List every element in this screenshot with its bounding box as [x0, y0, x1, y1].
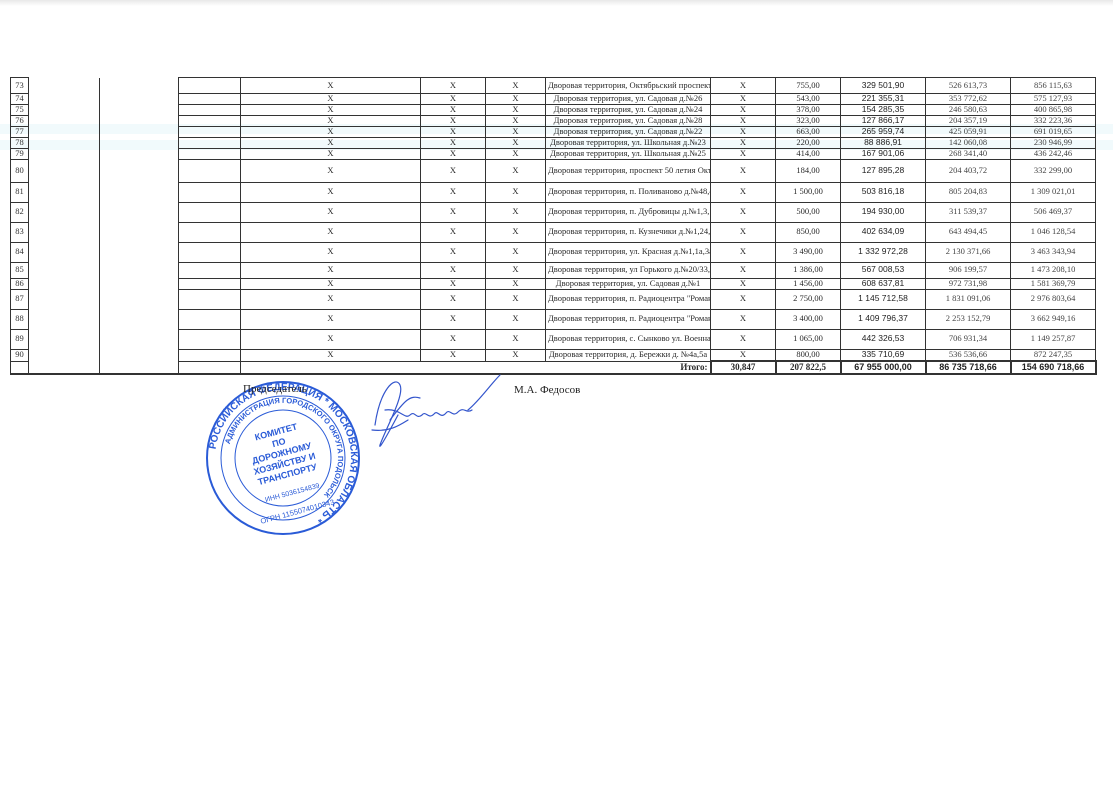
empty-cell [100, 137, 179, 148]
area-value: 850,00 [776, 222, 841, 242]
empty-cell [179, 159, 241, 182]
page-top-edge [0, 0, 1113, 6]
table-row: 86XXXДворовая территория, ул. Садовая д.… [11, 278, 1096, 289]
row-number: 77 [11, 126, 29, 137]
row-number: 86 [11, 278, 29, 289]
total-area: 207 822,5 [776, 361, 841, 374]
chairman-name: М.А. Федосов [514, 384, 580, 396]
territory-description: Дворовая территория, п. Радиоцентра "Ром… [546, 309, 711, 329]
cost-total: 332 299,00 [1011, 159, 1096, 182]
x-mark: X [711, 104, 776, 115]
stamp-center-line: ХОЗЯЙСТВУ И [252, 450, 316, 477]
x-mark: X [711, 126, 776, 137]
empty-cell [100, 242, 179, 262]
table-row: 81XXXДворовая территория, п. Поливаново … [11, 182, 1096, 202]
stamp-center-line: ПО [271, 436, 287, 449]
cost-total: 872 247,35 [1011, 349, 1096, 361]
x-mark: X [421, 94, 486, 105]
cost-value-2: 805 204,83 [926, 182, 1011, 202]
table-row: 75XXXДворовая территория, ул. Садовая д.… [11, 104, 1096, 115]
empty-cell [179, 349, 241, 361]
table-row: 80XXXДворовая территория, проспект 50 ле… [11, 159, 1096, 182]
territory-description: Дворовая территория, ул. Садовая д.№28 [546, 115, 711, 126]
cost-value-2: 643 494,45 [926, 222, 1011, 242]
x-mark: X [241, 309, 421, 329]
empty-cell [29, 289, 100, 309]
cost-total: 1 149 257,87 [1011, 329, 1096, 349]
x-mark: X [711, 278, 776, 289]
row-number: 88 [11, 309, 29, 329]
area-value: 3 490,00 [776, 242, 841, 262]
empty-cell [29, 94, 100, 105]
stamp-inn: ИНН 5036154839 [264, 483, 320, 504]
x-mark: X [486, 126, 546, 137]
cost-value-1: 402 634,09 [841, 222, 926, 242]
empty-cell [100, 126, 179, 137]
cost-total: 1 046 128,54 [1011, 222, 1096, 242]
x-mark: X [486, 202, 546, 222]
x-mark: X [241, 289, 421, 309]
cost-value-2: 142 060,08 [926, 137, 1011, 148]
row-number: 83 [11, 222, 29, 242]
empty-cell [100, 289, 179, 309]
row-number: 74 [11, 94, 29, 105]
x-mark: X [486, 159, 546, 182]
empty-cell [29, 278, 100, 289]
empty-cell [100, 148, 179, 159]
empty-cell [29, 137, 100, 148]
row-number: 76 [11, 115, 29, 126]
empty-cell [100, 104, 179, 115]
empty-cell [100, 115, 179, 126]
stamp-outer-text: РОССИЙСКАЯ ФЕДЕРАЦИЯ * МОСКОВСКАЯ ОБЛАСТ… [208, 382, 360, 525]
cost-total: 575 127,93 [1011, 94, 1096, 105]
empty-cell [100, 202, 179, 222]
svg-text:РОССИЙСКАЯ ФЕДЕРАЦИЯ * МОСКОВС: РОССИЙСКАЯ ФЕДЕРАЦИЯ * МОСКОВСКАЯ ОБЛАСТ… [208, 382, 360, 525]
table-row: 76XXXДворовая территория, ул. Садовая д.… [11, 115, 1096, 126]
empty-cell [29, 126, 100, 137]
cost-value-1: 608 637,81 [841, 278, 926, 289]
area-value: 414,00 [776, 148, 841, 159]
cost-value-2: 311 539,37 [926, 202, 1011, 222]
x-mark: X [711, 349, 776, 361]
cost-total: 2 976 803,64 [1011, 289, 1096, 309]
area-value: 755,00 [776, 78, 841, 94]
empty-cell [100, 159, 179, 182]
x-mark: X [421, 104, 486, 115]
cost-total: 856 115,63 [1011, 78, 1096, 94]
x-mark: X [486, 289, 546, 309]
row-number: 82 [11, 202, 29, 222]
x-mark: X [241, 159, 421, 182]
empty-cell [29, 182, 100, 202]
total-label: Итого: [241, 361, 711, 374]
cost-value-1: 1 332 972,28 [841, 242, 926, 262]
empty-cell [29, 159, 100, 182]
x-mark: X [421, 115, 486, 126]
territory-description: Дворовая территория, ул. Школьная д.№25 [546, 148, 711, 159]
x-mark: X [421, 182, 486, 202]
x-mark: X [711, 309, 776, 329]
cost-total: 1 581 369,79 [1011, 278, 1096, 289]
cost-value-1: 335 710,69 [841, 349, 926, 361]
territory-description: Дворовая территория, п. Поливаново д.№48… [546, 182, 711, 202]
row-number: 89 [11, 329, 29, 349]
row-number: 79 [11, 148, 29, 159]
cost-total: 436 242,46 [1011, 148, 1096, 159]
cost-value-1: 221 355,31 [841, 94, 926, 105]
x-mark: X [241, 104, 421, 115]
territory-description: Дворовая территория, д. Бережки д. №4а,5… [546, 349, 711, 361]
cost-value-1: 127 866,17 [841, 115, 926, 126]
x-mark: X [711, 222, 776, 242]
x-mark: X [241, 202, 421, 222]
x-mark: X [421, 126, 486, 137]
empty-cell [100, 278, 179, 289]
stamp-center-line: ТРАНСПОРТУ [257, 462, 319, 487]
territory-description: Дворовая территория, Октябрьский проспек… [546, 78, 711, 94]
empty-cell [29, 202, 100, 222]
cost-value-1: 567 008,53 [841, 262, 926, 278]
empty-cell [179, 262, 241, 278]
table-row: 87XXXДворовая территория, п. Радиоцентра… [11, 289, 1096, 309]
budget-table: 73XXXДворовая территория, Октябрьский пр… [10, 77, 1097, 375]
official-stamp: РОССИЙСКАЯ ФЕДЕРАЦИЯ * МОСКОВСКАЯ ОБЛАСТ… [203, 378, 363, 538]
x-mark: X [486, 222, 546, 242]
table-row: 82XXXДворовая территория, п. Дубровицы д… [11, 202, 1096, 222]
x-mark: X [421, 309, 486, 329]
x-mark: X [711, 182, 776, 202]
total-row: Итого:30,847207 822,567 955 000,0086 735… [11, 361, 1096, 374]
row-number: 90 [11, 349, 29, 361]
area-value: 184,00 [776, 159, 841, 182]
x-mark: X [486, 115, 546, 126]
empty-cell [29, 78, 100, 94]
cost-value-1: 1 409 796,37 [841, 309, 926, 329]
row-number: 81 [11, 182, 29, 202]
handwritten-signature [350, 370, 510, 460]
table-row: 73XXXДворовая территория, Октябрьский пр… [11, 78, 1096, 94]
x-mark: X [241, 148, 421, 159]
x-mark: X [711, 94, 776, 105]
cost-value-1: 154 285,35 [841, 104, 926, 115]
cost-value-2: 526 613,73 [926, 78, 1011, 94]
x-mark: X [711, 202, 776, 222]
stamp-inner-text: АДМИНИСТРАЦИЯ ГОРОДСКОГО ОКРУГА ПОДОЛЬСК [223, 396, 345, 500]
territory-description: Дворовая территория, ул. Красная д.№1,1а… [546, 242, 711, 262]
cost-total: 506 469,37 [1011, 202, 1096, 222]
x-mark: X [241, 115, 421, 126]
territory-description: Дворовая территория, ул. Садовая д.№22 [546, 126, 711, 137]
x-mark: X [241, 262, 421, 278]
x-mark: X [421, 148, 486, 159]
x-mark: X [421, 202, 486, 222]
area-value: 323,00 [776, 115, 841, 126]
x-mark: X [421, 278, 486, 289]
empty-cell [179, 222, 241, 242]
empty-cell [29, 115, 100, 126]
x-mark: X [421, 329, 486, 349]
x-mark: X [711, 78, 776, 94]
row-number: 85 [11, 262, 29, 278]
cost-total: 3 662 949,16 [1011, 309, 1096, 329]
x-mark: X [241, 94, 421, 105]
empty-cell [179, 126, 241, 137]
cost-value-2: 536 536,66 [926, 349, 1011, 361]
cost-value-1: 329 501,90 [841, 78, 926, 94]
x-mark: X [486, 104, 546, 115]
row-number: 75 [11, 104, 29, 115]
x-mark: X [486, 148, 546, 159]
cost-value-2: 2 253 152,79 [926, 309, 1011, 329]
x-mark: X [421, 262, 486, 278]
area-value: 663,00 [776, 126, 841, 137]
territory-description: Дворовая территория, п. Дубровицы д.№1,3… [546, 202, 711, 222]
stamp-center-line: КОМИТЕТ [254, 421, 299, 442]
territory-description: Дворовая территория, проспект 50 летия О… [546, 159, 711, 182]
empty-cell [179, 361, 241, 374]
cost-total: 3 463 343,94 [1011, 242, 1096, 262]
x-mark: X [241, 222, 421, 242]
stamp-center-line: ДОРОЖНОМУ [251, 440, 313, 466]
empty-cell [100, 349, 179, 361]
empty-cell [29, 104, 100, 115]
empty-cell [100, 222, 179, 242]
x-mark: X [486, 94, 546, 105]
row-number: 80 [11, 159, 29, 182]
cost-value-1: 127 895,28 [841, 159, 926, 182]
empty-cell [179, 115, 241, 126]
x-mark: X [486, 309, 546, 329]
table-body: 73XXXДворовая территория, Октябрьский пр… [11, 78, 1096, 375]
x-mark: X [241, 242, 421, 262]
empty-cell [100, 262, 179, 278]
table-row: 85XXXДворовая территория, ул Горького д.… [11, 262, 1096, 278]
cost-value-1: 194 930,00 [841, 202, 926, 222]
row-number: 84 [11, 242, 29, 262]
empty-cell [179, 309, 241, 329]
cost-value-2: 204 357,19 [926, 115, 1011, 126]
area-value: 3 400,00 [776, 309, 841, 329]
x-mark: X [711, 242, 776, 262]
empty-cell [179, 329, 241, 349]
empty-cell [179, 148, 241, 159]
area-value: 2 750,00 [776, 289, 841, 309]
area-value: 800,00 [776, 349, 841, 361]
empty-cell [179, 289, 241, 309]
x-mark: X [486, 278, 546, 289]
x-mark: X [241, 329, 421, 349]
x-mark: X [421, 78, 486, 94]
table-row: 77XXXДворовая территория, ул. Садовая д.… [11, 126, 1096, 137]
empty-cell [100, 94, 179, 105]
empty-cell [179, 278, 241, 289]
cost-value-2: 425 059,91 [926, 126, 1011, 137]
area-value: 1 386,00 [776, 262, 841, 278]
x-mark: X [711, 137, 776, 148]
x-mark: X [711, 262, 776, 278]
empty-cell [29, 262, 100, 278]
territory-description: Дворовая территория, ул. Школьная д.№23 [546, 137, 711, 148]
cost-total: 1 309 021,01 [1011, 182, 1096, 202]
cost-value-2: 706 931,34 [926, 329, 1011, 349]
empty-cell [179, 137, 241, 148]
x-mark: X [486, 242, 546, 262]
x-mark: X [421, 289, 486, 309]
territory-description: Дворовая территория, ул Горького д.№20/3… [546, 262, 711, 278]
x-mark: X [421, 242, 486, 262]
cost-value-1: 503 816,18 [841, 182, 926, 202]
territory-description: Дворовая территория, п. Радиоцентра "Ром… [546, 289, 711, 309]
empty-cell [29, 309, 100, 329]
cost-total: 691 019,65 [1011, 126, 1096, 137]
cost-value-2: 1 831 091,06 [926, 289, 1011, 309]
total-cost-2: 86 735 718,66 [926, 361, 1011, 374]
cost-value-2: 972 731,98 [926, 278, 1011, 289]
territory-description: Дворовая территория, с. Сынково ул. Воен… [546, 329, 711, 349]
empty-cell [29, 148, 100, 159]
table-row: 74XXXДворовая территория, ул. Садовая д.… [11, 94, 1096, 105]
cost-value-1: 442 326,53 [841, 329, 926, 349]
x-mark: X [486, 137, 546, 148]
empty-cell [100, 329, 179, 349]
x-mark: X [711, 115, 776, 126]
x-mark: X [421, 349, 486, 361]
row-number: 78 [11, 137, 29, 148]
area-value: 378,00 [776, 104, 841, 115]
territory-description: Дворовая территория, ул. Садовая д.№24 [546, 104, 711, 115]
row-number [11, 361, 29, 374]
x-mark: X [711, 159, 776, 182]
empty-cell [179, 202, 241, 222]
empty-cell [100, 182, 179, 202]
x-mark: X [421, 137, 486, 148]
x-mark: X [241, 137, 421, 148]
row-number: 87 [11, 289, 29, 309]
territory-description: Дворовая территория, ул. Садовая д.№26 [546, 94, 711, 105]
total-cost-1: 67 955 000,00 [841, 361, 926, 374]
x-mark: X [486, 262, 546, 278]
x-mark: X [241, 78, 421, 94]
x-mark: X [711, 329, 776, 349]
x-mark: X [486, 78, 546, 94]
x-mark: X [241, 349, 421, 361]
area-value: 1 065,00 [776, 329, 841, 349]
table-row: 84XXXДворовая территория, ул. Красная д.… [11, 242, 1096, 262]
table-row: 79XXXДворовая территория, ул. Школьная д… [11, 148, 1096, 159]
cost-total: 400 865,98 [1011, 104, 1096, 115]
table-row: 89XXXДворовая территория, с. Сынково ул.… [11, 329, 1096, 349]
empty-cell [100, 78, 179, 94]
area-value: 1 456,00 [776, 278, 841, 289]
x-mark: X [241, 126, 421, 137]
total-cost-all: 154 690 718,66 [1011, 361, 1096, 374]
empty-cell [179, 182, 241, 202]
empty-cell [29, 329, 100, 349]
empty-cell [29, 361, 100, 374]
cost-value-2: 906 199,57 [926, 262, 1011, 278]
empty-cell [29, 242, 100, 262]
area-value: 500,00 [776, 202, 841, 222]
cost-value-1: 265 959,74 [841, 126, 926, 137]
cost-value-2: 353 772,62 [926, 94, 1011, 105]
cost-value-1: 167 901,06 [841, 148, 926, 159]
row-number: 73 [11, 78, 29, 94]
x-mark: X [486, 329, 546, 349]
cost-value-1: 88 886,91 [841, 137, 926, 148]
empty-cell [179, 94, 241, 105]
empty-cell [179, 104, 241, 115]
x-mark: X [711, 289, 776, 309]
empty-cell [29, 222, 100, 242]
empty-cell [100, 309, 179, 329]
chairman-label: Председатель [243, 383, 307, 395]
area-value: 1 500,00 [776, 182, 841, 202]
cost-total: 230 946,99 [1011, 137, 1096, 148]
cost-value-2: 268 341,40 [926, 148, 1011, 159]
x-mark: X [241, 278, 421, 289]
area-value: 543,00 [776, 94, 841, 105]
cost-total: 332 223,36 [1011, 115, 1096, 126]
empty-cell [29, 349, 100, 361]
table-row: 83XXXДворовая территория, п. Кузнечики д… [11, 222, 1096, 242]
x-mark: X [421, 159, 486, 182]
area-value: 220,00 [776, 137, 841, 148]
table-row: 78XXXДворовая территория, ул. Школьная д… [11, 137, 1096, 148]
cost-value-1: 1 145 712,58 [841, 289, 926, 309]
cost-total: 1 473 208,10 [1011, 262, 1096, 278]
stamp-ogrn: ОГРН 1155074010343 [259, 497, 335, 525]
svg-text:АДМИНИСТРАЦИЯ ГОРОДСКОГО ОКРУГ: АДМИНИСТРАЦИЯ ГОРОДСКОГО ОКРУГА ПОДОЛЬСК [223, 396, 345, 500]
empty-cell [100, 361, 179, 374]
cost-value-2: 246 580,63 [926, 104, 1011, 115]
empty-cell [179, 78, 241, 94]
x-mark: X [486, 349, 546, 361]
table-row: 88XXXДворовая территория, п. Радиоцентра… [11, 309, 1096, 329]
territory-description: Дворовая территория, п. Кузнечики д.№1,2… [546, 222, 711, 242]
total-count: 30,847 [711, 361, 776, 374]
x-mark: X [486, 182, 546, 202]
x-mark: X [241, 182, 421, 202]
cost-value-2: 2 130 371,66 [926, 242, 1011, 262]
cost-value-2: 204 403,72 [926, 159, 1011, 182]
x-mark: X [711, 148, 776, 159]
table-row: 90XXXДворовая территория, д. Бережки д. … [11, 349, 1096, 361]
empty-cell [179, 242, 241, 262]
territory-description: Дворовая территория, ул. Садовая д.№1 [546, 278, 711, 289]
x-mark: X [421, 222, 486, 242]
